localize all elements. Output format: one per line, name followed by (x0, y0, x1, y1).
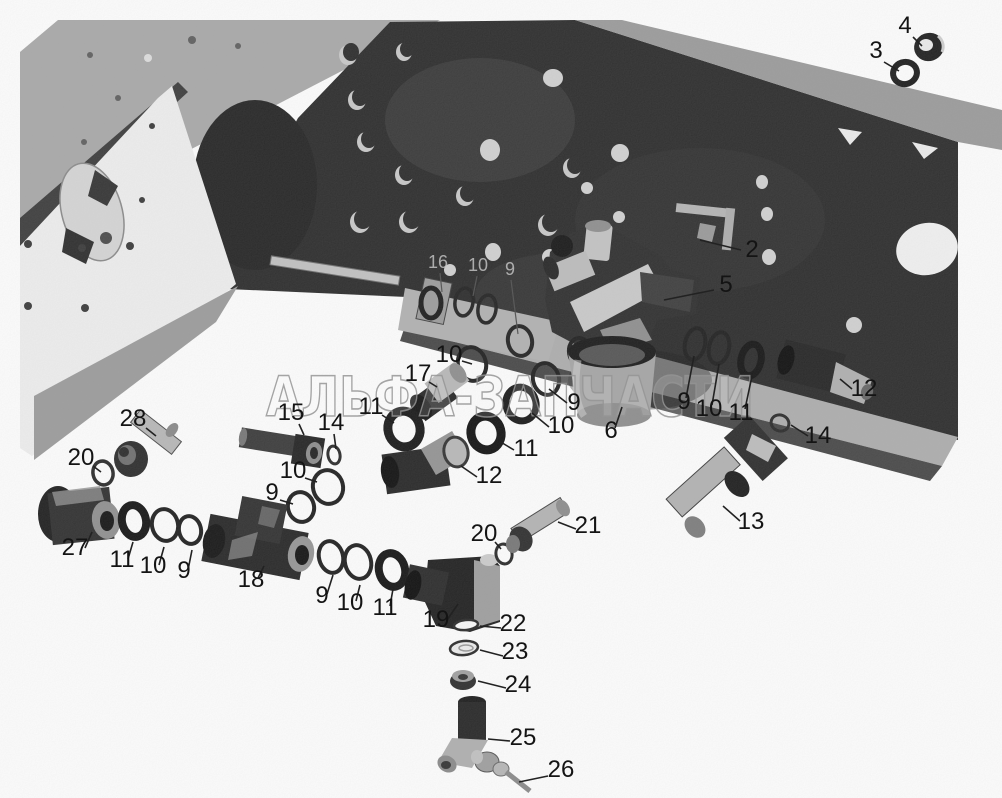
part-callout-10: 10 (436, 341, 463, 368)
part-callout-11: 11 (110, 546, 135, 573)
part-callout-11: 11 (373, 594, 398, 621)
part-callout-3: 3 (869, 37, 882, 64)
part-callout-10: 10 (280, 457, 307, 484)
part-callout-2: 2 (745, 236, 758, 263)
part-callout-6: 6 (604, 417, 617, 444)
part-callout-12: 12 (476, 462, 503, 489)
part-callout-16: 16 (428, 252, 448, 272)
part-callout-23: 23 (502, 638, 529, 665)
part-callout-20: 20 (68, 444, 95, 471)
part-callout-5: 5 (719, 271, 732, 298)
part-callout-4: 4 (898, 12, 911, 39)
part-callout-11: 11 (729, 399, 754, 426)
part-callout-14: 14 (318, 409, 345, 436)
part-callout-24: 24 (505, 671, 532, 698)
part-callout-12: 12 (851, 375, 878, 402)
part-callout-9: 9 (177, 557, 190, 584)
part-callout-25: 25 (510, 724, 537, 751)
parts-diagram-page: АЛЬФА-ЗАПЧАСТИ 4325161091017111291011615… (0, 0, 1002, 798)
part-callout-11: 11 (359, 393, 384, 420)
part-callout-27: 27 (62, 534, 89, 561)
part-callout-15: 15 (278, 399, 305, 426)
part-callout-10: 10 (140, 552, 167, 579)
part-callout-19: 19 (423, 606, 450, 633)
part-callout-17: 17 (405, 360, 432, 387)
part-callout-11: 11 (514, 435, 539, 462)
part-callout-14: 14 (805, 422, 832, 449)
part-callout-10: 10 (696, 395, 723, 422)
part-callout-10: 10 (468, 255, 488, 275)
part-callout-13: 13 (738, 508, 765, 535)
part-callout-10: 10 (548, 412, 575, 439)
part-callout-10: 10 (337, 589, 364, 616)
part-callout-26: 26 (548, 756, 575, 783)
part-callout-21: 21 (575, 512, 602, 539)
part-callout-9: 9 (677, 388, 690, 415)
diagram-canvas: АЛЬФА-ЗАПЧАСТИ 4325161091017111291011615… (0, 0, 1002, 798)
part-callout-18: 18 (238, 566, 265, 593)
part-callout-20: 20 (471, 520, 498, 547)
part-callout-28: 28 (120, 405, 147, 432)
part-callout-9: 9 (505, 259, 515, 279)
part-callout-9: 9 (265, 479, 278, 506)
part-callout-22: 22 (500, 610, 527, 637)
part-callout-9: 9 (315, 582, 328, 609)
